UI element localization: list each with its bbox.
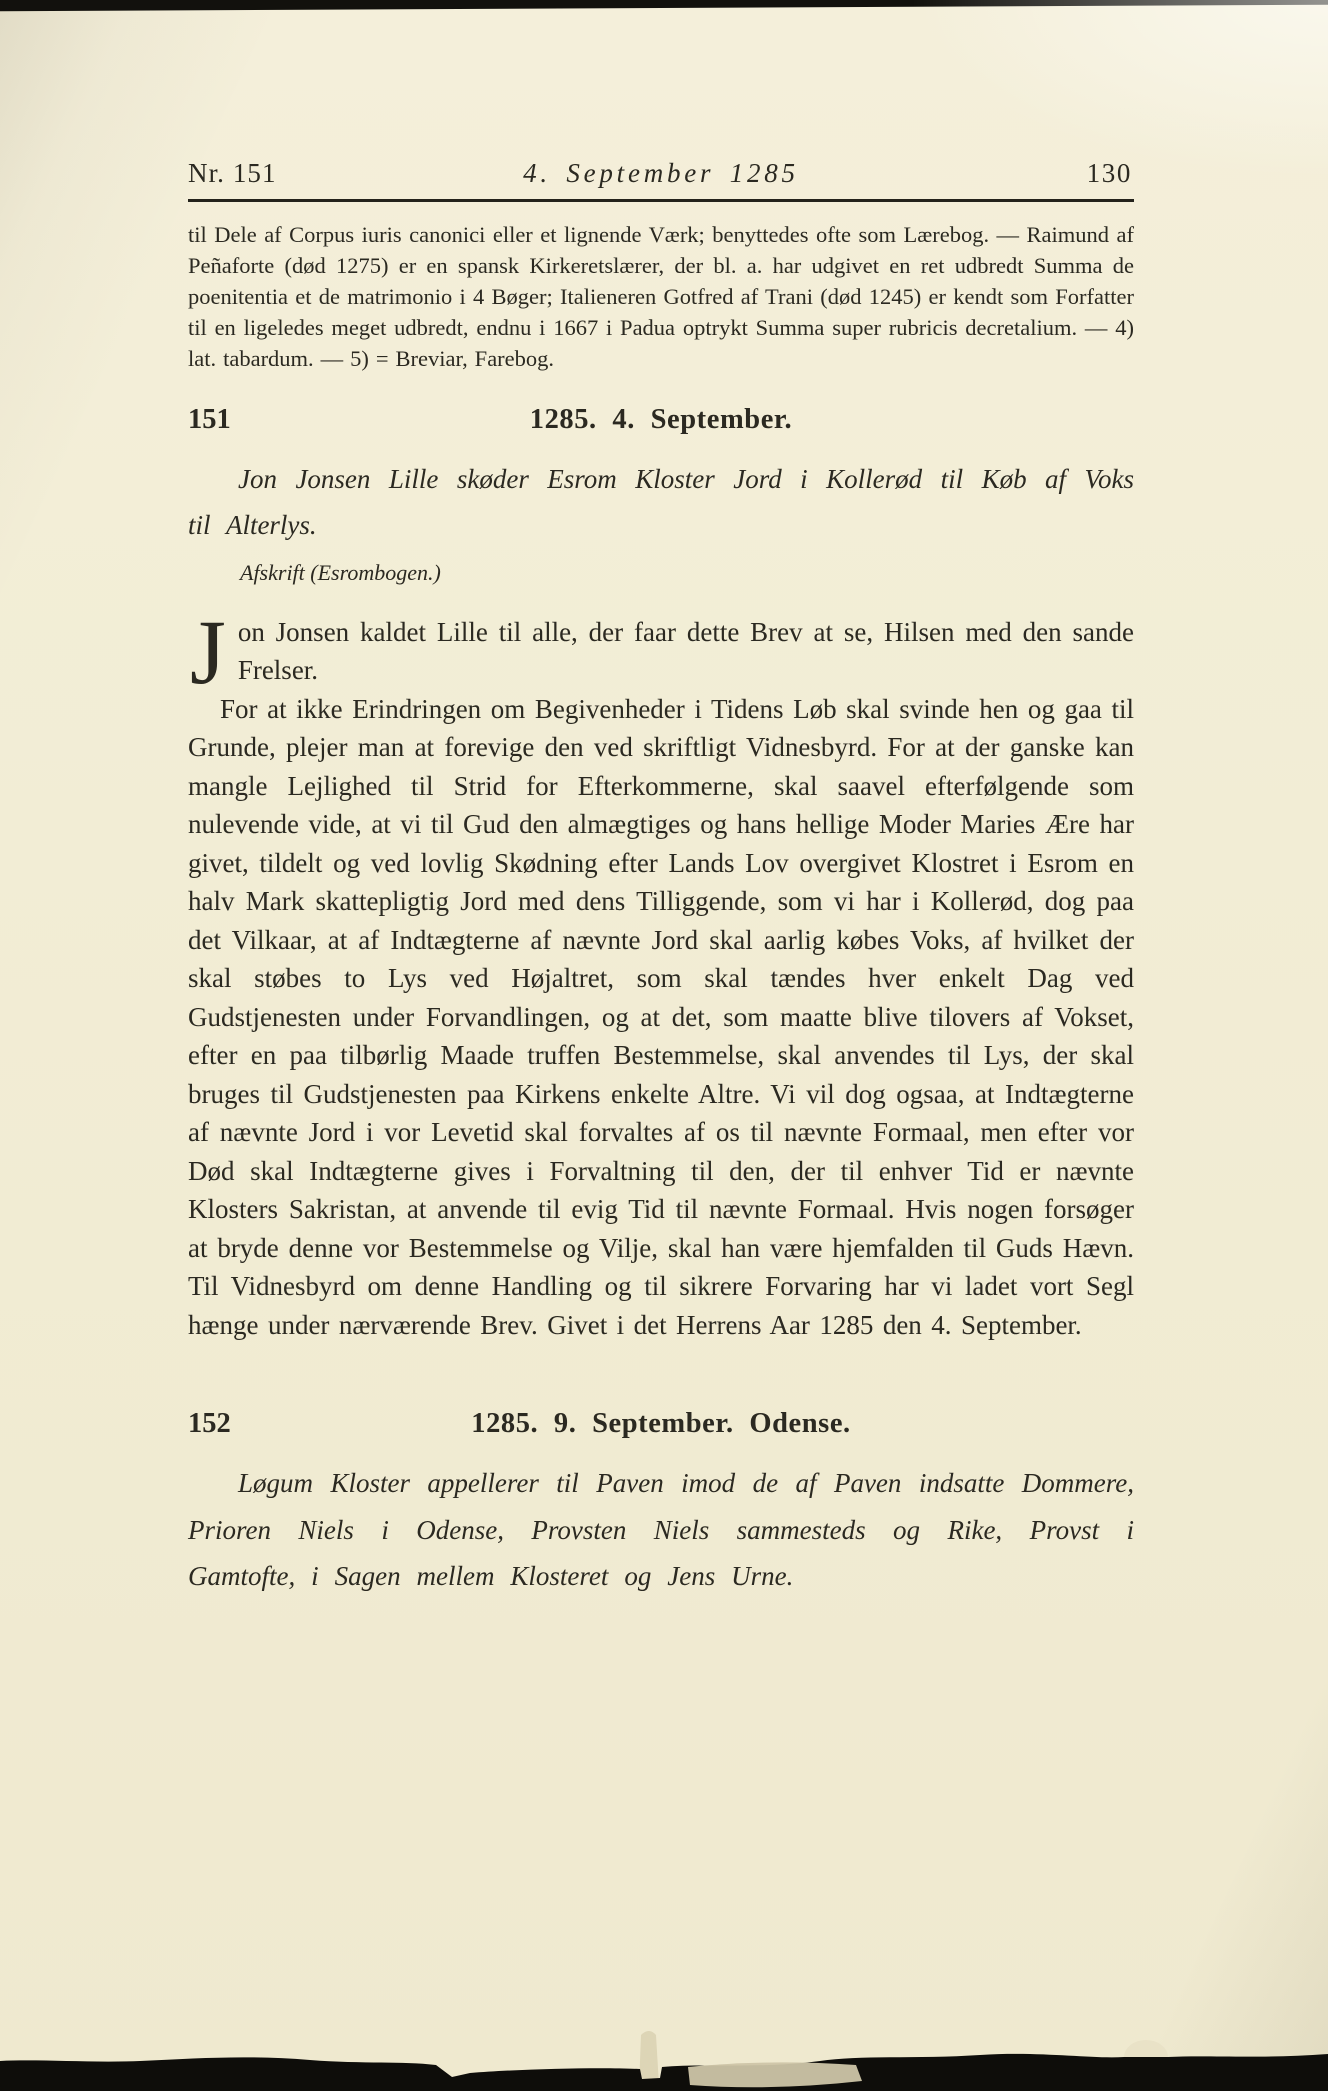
entry-152-summary: Løgum Kloster appellerer til Paven imod …: [188, 1460, 1134, 1599]
page-number: 130: [1087, 158, 1132, 189]
running-head-date: 4. September 1285: [188, 158, 1134, 189]
header-rule: [188, 199, 1134, 202]
book-edge-silhouette: [0, 2054, 1328, 2091]
drop-cap: J: [188, 613, 238, 689]
running-head: Nr. 151 4. September 1285 130: [188, 158, 1134, 194]
entry-152-date: 1285. 9. September. Odense.: [188, 1408, 1134, 1440]
entry-151-opening: Jon Jonsen kaldet Lille til alle, der fa…: [188, 613, 1134, 690]
page-content: Nr. 151 4. September 1285 130 til Dele a…: [188, 0, 1134, 1600]
entry-151-date: 1285. 4. September.: [188, 404, 1134, 436]
entry-151-opening-text: on Jonsen kaldet Lille til alle, der faa…: [238, 617, 1134, 686]
paper-debris: [688, 2062, 862, 2087]
entry-152-heading: 152 1285. 9. September. Odense.: [188, 1408, 1134, 1446]
entry-151-heading: 151 1285. 4. September.: [188, 404, 1134, 442]
entry-151-summary: Jon Jonsen Lille skøder Esrom Kloster Jo…: [188, 456, 1134, 549]
scan-edge-bottom: [0, 1951, 1328, 2091]
scanned-book-page: Nr. 151 4. September 1285 130 til Dele a…: [0, 0, 1328, 2091]
footnote-continuation: til Dele af Corpus iuris canonici eller …: [188, 219, 1134, 374]
entry-151-source-note: Afskrift (Esrombogen.): [240, 559, 1134, 587]
entry-151-body: For at ikke Erindringen om Begivenheder …: [188, 690, 1134, 1345]
